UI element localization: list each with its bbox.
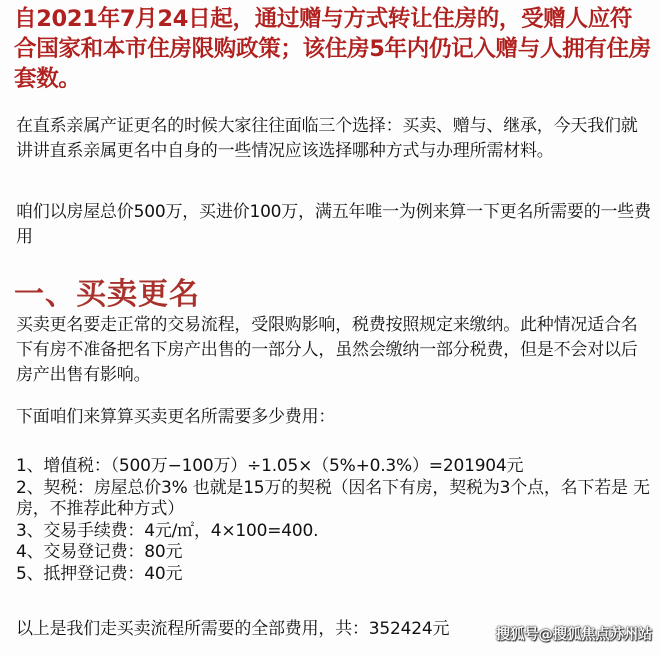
fee-item-vat: 1、增值税：（500万−100万）÷1.05×（5%+0.3%）=201904元 bbox=[16, 456, 652, 478]
watermark: 搜狐号@搜狐焦点苏州站 bbox=[496, 625, 652, 645]
fee-item-mortgage-fee: 5、抵押登记费：40元 bbox=[16, 564, 652, 586]
example-paragraph: 咱们以房屋总价500万，买进价100万，满五年唯一为例来算一下更名所需要的一些费… bbox=[16, 200, 652, 250]
section-description: 买卖更名要走正常的交易流程，受限购影响，税费按照规定来缴纳。此种情况适合名下有房… bbox=[16, 313, 652, 388]
calculation-intro: 下面咱们来算算买卖更名所需要多少费用： bbox=[16, 405, 652, 430]
fee-list: 1、增值税：（500万−100万）÷1.05×（5%+0.3%）=201904元… bbox=[16, 456, 652, 585]
intro-paragraph: 在直系亲属产证更名的时候大家往往面临三个选择：买卖、赠与、继承，今天我们就讲讲直… bbox=[16, 114, 652, 164]
policy-notice: 自2021年7月24日起，通过赠与方式转让住房的，受赠人应符合国家和本市住房限购… bbox=[14, 4, 654, 94]
fee-item-registration-fee: 4、交易登记费：80元 bbox=[16, 542, 652, 564]
document-page: 自2021年7月24日起，通过赠与方式转让住房的，受赠人应符合国家和本市住房限购… bbox=[0, 0, 660, 655]
section-title: 一、买卖更名 bbox=[14, 276, 200, 314]
fee-item-deed-tax: 2、契税：房屋总价3% 也就是15万的契税（因名下有房，契税为3个点，名下若是 … bbox=[16, 478, 652, 521]
fee-item-transaction-fee: 3、交易手续费：4元/㎡，4×100=400. bbox=[16, 521, 652, 543]
